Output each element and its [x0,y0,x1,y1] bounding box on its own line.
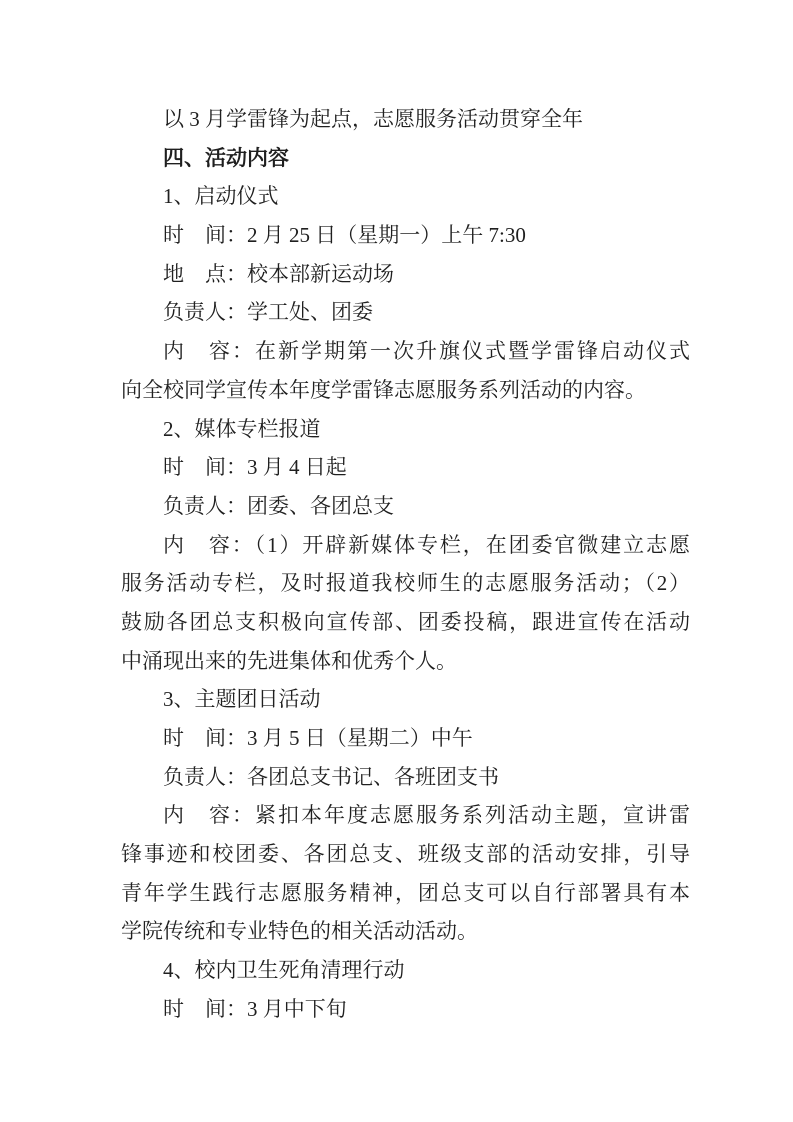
text-line: 以 3 月学雷锋为起点，志愿服务活动贯穿全年 [121,100,690,139]
text-line: 时 间：2 月 25 日（星期一）上午 7:30 [121,216,690,255]
text-line: 内 容：在新学期第一次升旗仪式暨学雷锋启动仪式 [121,332,690,371]
text-line: 向全校同学宣传本年度学雷锋志愿服务系列活动的内容。 [121,371,690,410]
text-line: 时 间：3 月 4 日起 [121,448,690,487]
text-line: 2、媒体专栏报道 [121,410,690,449]
text-line: 服务活动专栏，及时报道我校师生的志愿服务活动；（2） [121,564,690,603]
text-line: 4、校内卫生死角清理行动 [121,951,690,990]
text-line: 负责人：团委、各团总支 [121,487,690,526]
text-line: 1、启动仪式 [121,177,690,216]
text-line: 青年学生践行志愿服务精神，团总支可以自行部署具有本 [121,874,690,913]
text-line: 负责人：各团总支书记、各班团支书 [121,758,690,797]
text-line: 锋事迹和校团委、各团总支、班级支部的活动安排，引导 [121,835,690,874]
text-line: 时 间：3 月中下旬 [121,990,690,1029]
text-line: 鼓励各团总支积极向宣传部、团委投稿，跟进宣传在活动 [121,603,690,642]
document-body: 以 3 月学雷锋为起点，志愿服务活动贯穿全年四、活动内容1、启动仪式时 间：2 … [121,100,690,1029]
text-line: 内 容：（1）开辟新媒体专栏，在团委官微建立志愿 [121,526,690,565]
text-line: 时 间：3 月 5 日（星期二）中午 [121,719,690,758]
text-line: 负责人：学工处、团委 [121,293,690,332]
section-heading: 四、活动内容 [121,139,690,178]
document-page: 以 3 月学雷锋为起点，志愿服务活动贯穿全年四、活动内容1、启动仪式时 间：2 … [0,0,793,1122]
text-line: 中涌现出来的先进集体和优秀个人。 [121,642,690,681]
text-line: 地 点：校本部新运动场 [121,255,690,294]
text-line: 3、主题团日活动 [121,680,690,719]
text-line: 内 容：紧扣本年度志愿服务系列活动主题，宣讲雷 [121,796,690,835]
text-line: 学院传统和专业特色的相关活动活动。 [121,912,690,951]
